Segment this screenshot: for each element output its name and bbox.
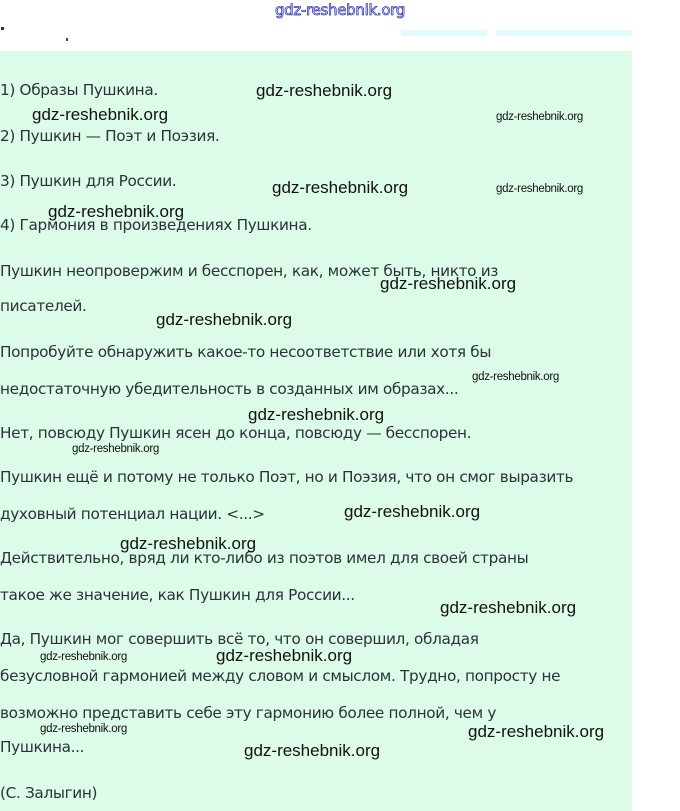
paragraph-line: духовный потенциал нации. <...> xyxy=(0,505,265,523)
watermark: gdz-reshebnik.org xyxy=(496,111,583,123)
list-item-1: 1) Образы Пушкина. xyxy=(0,81,158,99)
paragraph-line: Пушкина... xyxy=(0,738,84,756)
list-item-2: 2) Пушкин — Поэт и Поэзия. xyxy=(0,127,219,145)
watermark: gdz-reshebnik.org xyxy=(272,178,408,198)
paragraph-line: писателей. xyxy=(0,297,87,315)
watermark: gdz-reshebnik.org xyxy=(496,183,583,195)
author-signature: (С. Залыгин) xyxy=(0,784,97,802)
paragraph-line: Попробуйте обнаружить какое-то несоответ… xyxy=(0,343,491,361)
top-bar-placeholder xyxy=(401,30,487,36)
paragraph-line: недостаточную убедительность в созданных… xyxy=(0,380,458,398)
watermark: gdz-reshebnik.org xyxy=(40,723,127,735)
decorative-dot xyxy=(66,38,68,41)
top-bar-placeholder xyxy=(496,30,632,36)
watermark: gdz-reshebnik.org xyxy=(468,722,604,742)
paragraph-line: Нет, повсюду Пушкин ясен до конца, повсю… xyxy=(0,424,471,442)
watermark: gdz-reshebnik.org xyxy=(72,443,159,455)
watermark: gdz-reshebnik.org xyxy=(472,371,559,383)
watermark: gdz-reshebnik.org xyxy=(40,651,127,663)
watermark: gdz-reshebnik.org xyxy=(156,310,292,330)
watermark: gdz-reshebnik.org xyxy=(440,598,576,618)
watermark: gdz-reshebnik.org xyxy=(380,274,516,294)
watermark: gdz-reshebnik.org xyxy=(216,646,352,666)
watermark: gdz-reshebnik.org xyxy=(248,405,384,425)
decorative-dot xyxy=(1,27,4,30)
paragraph-line: Пушкин ещё и потому не только Поэт, но и… xyxy=(0,468,573,486)
site-watermark-header: gdz-reshebnik.org xyxy=(0,1,680,19)
paragraph-line: Действительно, вряд ли кто-либо из поэто… xyxy=(0,549,528,567)
text-panel: 1) Образы Пушкина. 2) Пушкин — Поэт и По… xyxy=(0,51,632,811)
paragraph-line: возможно представить себе эту гармонию б… xyxy=(0,704,496,722)
watermark: gdz-reshebnik.org xyxy=(48,202,184,222)
watermark: gdz-reshebnik.org xyxy=(256,81,392,101)
paragraph-line: безусловной гармонией между словом и смы… xyxy=(0,667,560,685)
watermark: gdz-reshebnik.org xyxy=(244,741,380,761)
watermark: gdz-reshebnik.org xyxy=(120,534,256,554)
paragraph-line: такое же значение, как Пушкин для России… xyxy=(0,586,355,604)
watermark: gdz-reshebnik.org xyxy=(32,105,168,125)
watermark: gdz-reshebnik.org xyxy=(344,502,480,522)
list-item-3: 3) Пушкин для России. xyxy=(0,172,176,190)
